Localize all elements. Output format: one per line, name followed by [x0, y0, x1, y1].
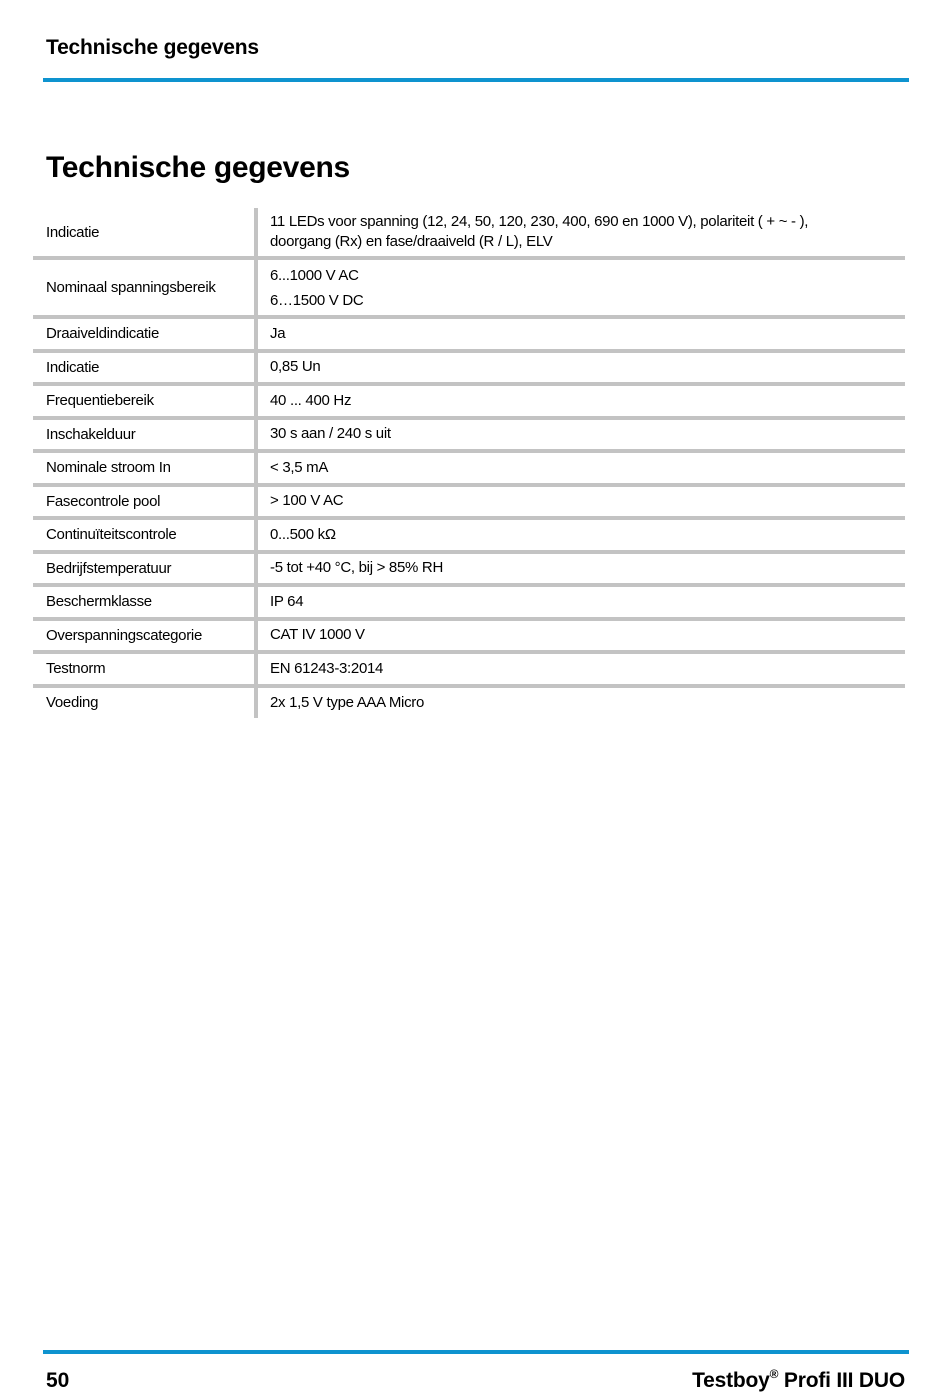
spec-value: 0...500 kΩ	[258, 520, 905, 550]
spec-value-line: 30 s aan / 240 s uit	[270, 424, 905, 444]
spec-label: Beschermklasse	[33, 587, 254, 617]
spec-value-line: > 100 V AC	[270, 491, 905, 511]
spec-value-line: CAT IV 1000 V	[270, 625, 905, 645]
spec-value-line: 0,85 Un	[270, 357, 905, 377]
registered-mark: ®	[770, 1367, 779, 1381]
page-number: 50	[46, 1369, 69, 1393]
table-row: Testnorm EN 61243-3:2014	[33, 654, 905, 688]
product-name: Testboy® Profi III DUO	[692, 1369, 905, 1393]
spec-label: Indicatie	[33, 208, 254, 256]
spec-value: 40 ... 400 Hz	[258, 386, 905, 416]
spec-label: Draaiveldindicatie	[33, 319, 254, 349]
spec-label: Testnorm	[33, 654, 254, 684]
product-model: Profi III DUO	[778, 1369, 905, 1392]
spec-value: < 3,5 mA	[258, 453, 905, 483]
running-header-title: Technische gegevens	[46, 36, 259, 60]
spec-value-line: doorgang (Rx) en fase/draaiveld (R / L),…	[270, 232, 905, 252]
spec-value-line: 40 ... 400 Hz	[270, 391, 905, 411]
table-row: Nominale stroom In < 3,5 mA	[33, 453, 905, 487]
table-row: Indicatie 11 LEDs voor spanning (12, 24,…	[33, 208, 905, 260]
spec-label: Fasecontrole pool	[33, 487, 254, 517]
spec-value-line: 6…1500 V DC	[270, 288, 905, 313]
spec-value-line: -5 tot +40 °C, bij > 85% RH	[270, 558, 905, 578]
spec-label: Frequentiebereik	[33, 386, 254, 416]
spec-value-line: 6...1000 V AC	[270, 263, 905, 288]
spec-value: > 100 V AC	[258, 487, 905, 517]
spec-value: Ja	[258, 319, 905, 349]
brand-name: Testboy	[692, 1369, 770, 1392]
table-row: Voeding 2x 1,5 V type AAA Micro	[33, 688, 905, 718]
table-row: Fasecontrole pool > 100 V AC	[33, 487, 905, 521]
table-row: Inschakelduur 30 s aan / 240 s uit	[33, 420, 905, 454]
table-row: Indicatie 0,85 Un	[33, 353, 905, 387]
spec-label: Voeding	[33, 688, 254, 718]
table-row: Draaiveldindicatie Ja	[33, 319, 905, 353]
spec-value-line: < 3,5 mA	[270, 458, 905, 478]
spec-label: Overspanningscategorie	[33, 621, 254, 651]
spec-value: 6...1000 V AC 6…1500 V DC	[258, 260, 905, 315]
spec-value: 2x 1,5 V type AAA Micro	[258, 688, 905, 718]
spec-label: Continuïteitscontrole	[33, 520, 254, 550]
spec-value: 0,85 Un	[258, 353, 905, 383]
spec-label: Inschakelduur	[33, 420, 254, 450]
table-row: Overspanningscategorie CAT IV 1000 V	[33, 621, 905, 655]
spec-label: Nominale stroom In	[33, 453, 254, 483]
spec-value: -5 tot +40 °C, bij > 85% RH	[258, 554, 905, 584]
spec-value-line: Ja	[270, 324, 905, 344]
table-row: Frequentiebereik 40 ... 400 Hz	[33, 386, 905, 420]
spec-value: 30 s aan / 240 s uit	[258, 420, 905, 450]
spec-value-line: 2x 1,5 V type AAA Micro	[270, 693, 905, 713]
table-row: Bedrijfstemperatuur -5 tot +40 °C, bij >…	[33, 554, 905, 588]
table-row: Beschermklasse IP 64	[33, 587, 905, 621]
spec-label: Nominaal spanningsbereik	[33, 260, 254, 315]
table-row: Nominaal spanningsbereik 6...1000 V AC 6…	[33, 260, 905, 319]
spec-value-line: IP 64	[270, 592, 905, 612]
spec-value-line: 11 LEDs voor spanning (12, 24, 50, 120, …	[270, 212, 905, 232]
spec-value-line: EN 61243-3:2014	[270, 659, 905, 679]
spec-value: IP 64	[258, 587, 905, 617]
footer-rule	[43, 1350, 909, 1354]
spec-label: Bedrijfstemperatuur	[33, 554, 254, 584]
spec-value: EN 61243-3:2014	[258, 654, 905, 684]
spec-label: Indicatie	[33, 353, 254, 383]
spec-value: CAT IV 1000 V	[258, 621, 905, 651]
table-row: Continuïteitscontrole 0...500 kΩ	[33, 520, 905, 554]
spec-value: 11 LEDs voor spanning (12, 24, 50, 120, …	[258, 208, 905, 256]
spec-value-line: 0...500 kΩ	[270, 525, 905, 545]
spec-table: Indicatie 11 LEDs voor spanning (12, 24,…	[33, 208, 905, 718]
page-title: Technische gegevens	[46, 151, 350, 185]
header-rule	[43, 78, 909, 82]
